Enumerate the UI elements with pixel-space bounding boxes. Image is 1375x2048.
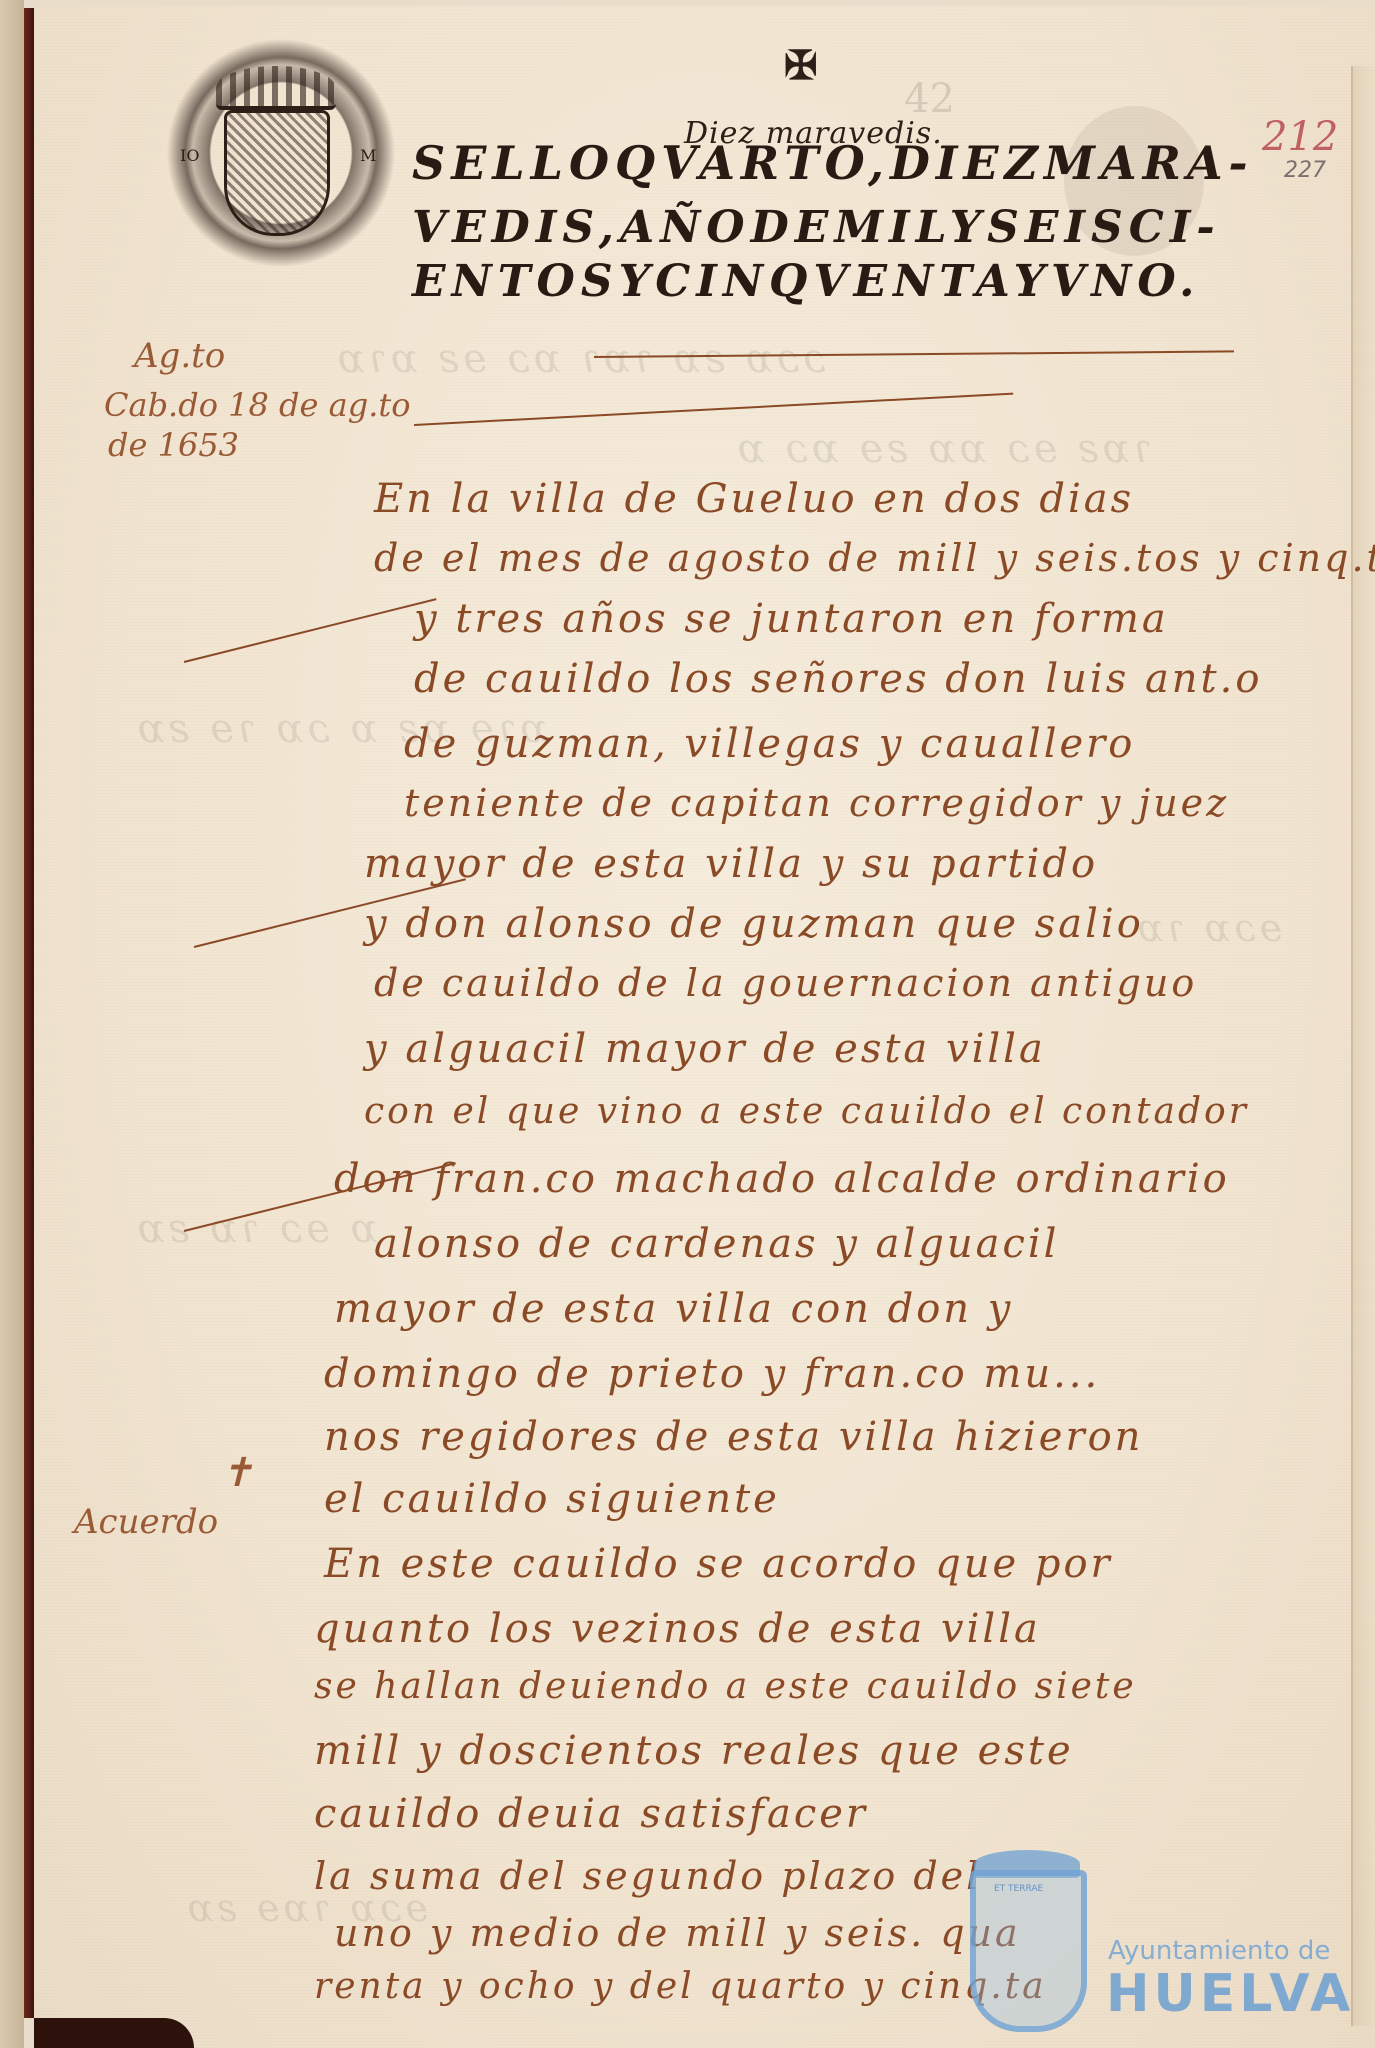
margin-note-month: Ag.to <box>134 336 225 376</box>
manuscript-line: domingo de prieto y fran.co mu... <box>324 1351 1100 1397</box>
cross-mark-icon: ✝ <box>220 1450 254 1496</box>
manuscript-line: quanto los vezinos de esta villa <box>314 1606 1041 1652</box>
crown-icon <box>216 66 336 110</box>
manuscript-line: En este cauildo se acordo que por <box>324 1541 1113 1587</box>
royal-seal-icon: IO M <box>146 28 416 278</box>
flourish-line <box>414 393 1013 426</box>
manuscript-page: 42 IO M ✠ Diez maravedis. SELLOQVARTO,DI… <box>34 6 1375 2048</box>
manuscript-line: y tres años se juntaron en forma <box>414 596 1169 642</box>
stamp-line-2: VEDIS,AÑODEMILYSEISCI- <box>412 202 1221 253</box>
manuscript-line: En la villa de Gueluo en dos dias <box>374 476 1134 522</box>
manuscript-line: de guzman, villegas y cauallero <box>404 721 1135 767</box>
folio-number: 212 <box>1262 114 1338 160</box>
manuscript-line: de cauildo de la gouernacion antiguo <box>374 961 1197 1005</box>
book-gutter <box>0 0 24 2048</box>
stamp-line-1: SELLOQVARTO,DIEZMARA- <box>412 136 1254 190</box>
binding-edge <box>24 8 34 2018</box>
coat-of-arms-icon <box>224 110 330 236</box>
manuscript-line: don fran.co machado alcalde ordinario <box>334 1156 1230 1202</box>
bleed-through-text: ɘɔɒ ɿɒ <box>1134 906 1282 950</box>
manuscript-line: teniente de capitan corregidor y juez <box>404 781 1229 825</box>
manuscript-line: uno y medio de mill y seis. qua <box>334 1911 1021 1955</box>
manuscript-line: mayor de esta villa y su partido <box>364 841 1098 887</box>
manuscript-line: y don alonso de guzman que salio <box>364 901 1144 947</box>
margin-note-year: de 1653 <box>108 426 239 464</box>
manuscript-line: nos regidores de esta villa hizieron <box>324 1414 1143 1460</box>
manuscript-line: con el que vino a este cauildo el contad… <box>364 1091 1249 1132</box>
folio-number-secondary: 227 <box>1284 158 1326 183</box>
manuscript-line: la suma del segundo plazo del <box>314 1854 981 1898</box>
manuscript-line: alonso de cardenas y alguacil <box>374 1221 1059 1267</box>
manuscript-line: de el mes de agosto de mill y seis.tos y… <box>374 536 1375 580</box>
watermark: ET TERRAE Ayuntamiento de HUELVA <box>960 1850 1360 2040</box>
flourish-line <box>184 598 437 663</box>
manuscript-line: el cauildo siguiente <box>324 1476 780 1522</box>
bleed-through-text: ɿɒƨ ɘɔ ɒɒ ƨɘ ɒɔ ɒ <box>734 426 1152 472</box>
manuscript-line: y alguacil mayor de esta villa <box>364 1026 1046 1072</box>
cross-symbol-icon: ✠ <box>784 42 818 89</box>
manuscript-line: cauildo deuia satisfacer <box>314 1791 868 1837</box>
stamp-line-3: ENTOSYCINQVENTAYVNO. <box>412 256 1200 307</box>
watermark-shield-icon: ET TERRAE <box>970 1870 1087 2032</box>
watermark-line-1: Ayuntamiento de <box>1108 1936 1330 1966</box>
watermark-motto-top: ET TERRAE <box>994 1884 1043 1894</box>
binding-corner <box>34 2018 194 2048</box>
margin-note-date: Cab.do 18 de ag.to <box>104 386 410 424</box>
seal-letters-left: IO <box>180 146 199 165</box>
manuscript-line: de cauildo los señores don luis ant.o <box>414 656 1262 702</box>
bleed-through-text: ɔɔɒ ƨɒ ɿɒɿ ɒɔ ɘƨ ɒɿɒ <box>334 336 826 382</box>
margin-note-acuerdo: Acuerdo <box>74 1502 218 1542</box>
page-fold-edge <box>1351 66 1375 2026</box>
seal-letters-right: M <box>360 146 376 165</box>
manuscript-line: renta y ocho y del quarto y cinq.ta <box>314 1966 1047 2007</box>
manuscript-line: mayor de esta villa con don y <box>334 1286 1013 1332</box>
manuscript-line: mill y doscientos reales que este <box>314 1728 1074 1774</box>
manuscript-line: se hallan deuiendo a este cauildo siete <box>314 1666 1137 1707</box>
watermark-line-2: HUELVA <box>1106 1964 1354 2024</box>
